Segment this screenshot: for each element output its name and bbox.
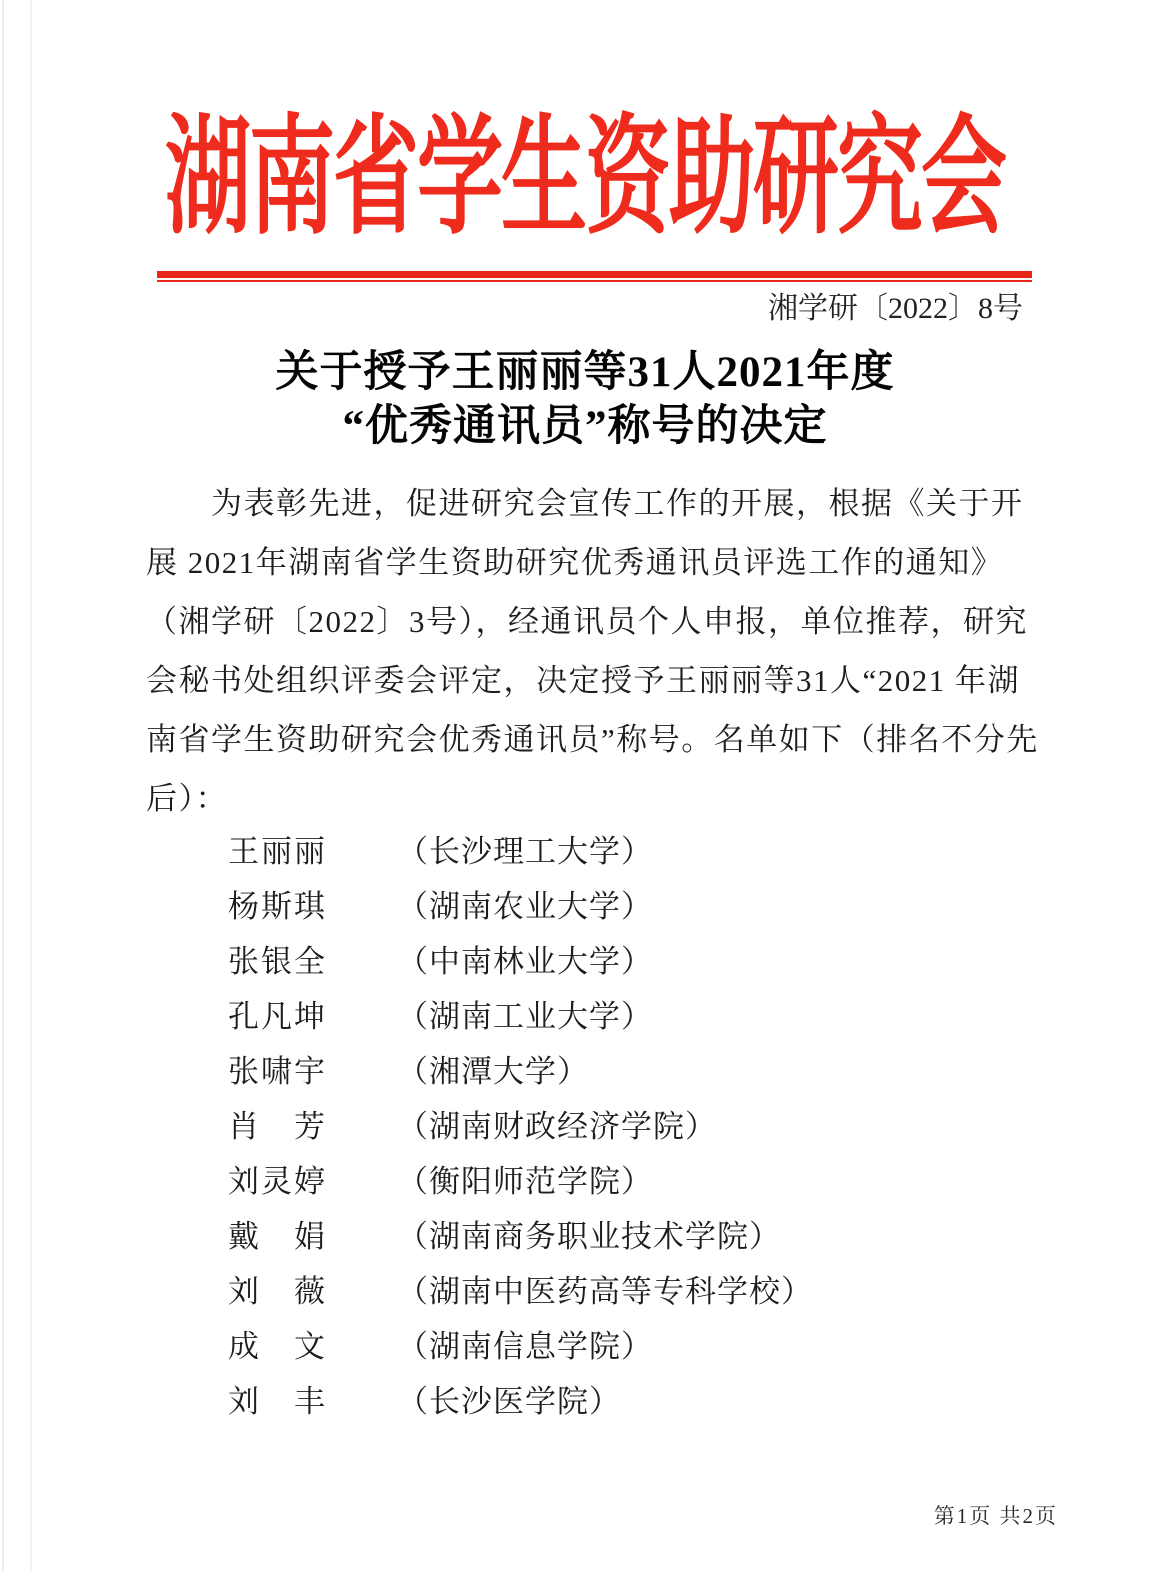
recipient-name: 孔凡坤	[228, 989, 397, 1044]
body-line: 展 2021年湖南省学生资助研究优秀通讯员评选工作的通知》	[146, 533, 1036, 592]
recipient-unit: （湖南中医药高等专科学校）	[397, 1264, 813, 1319]
recipient-row: 王丽丽 （长沙理工大学）	[228, 824, 1038, 879]
recipient-row: 刘灵婷 （衡阳师范学院）	[228, 1154, 1038, 1209]
letterhead-separator-rule	[157, 271, 1032, 282]
body-line: 会秘书处组织评委会评定，决定授予王丽丽等31人“2021 年湖	[146, 651, 1036, 710]
recipient-unit: （长沙医学院）	[397, 1374, 621, 1429]
recipient-row: 刘 丰 （长沙医学院）	[228, 1374, 1038, 1429]
recipient-row: 张啸宇 （湘潭大学）	[228, 1044, 1038, 1099]
recipient-unit: （湖南信息学院）	[397, 1319, 653, 1374]
recipient-unit: （湖南财政经济学院）	[397, 1099, 717, 1154]
doc-reference-number: 湘学研〔2022〕8号	[768, 291, 1023, 327]
decision-title-line1: 关于授予王丽丽等31人2021年度	[0, 346, 1170, 400]
recipient-list: 王丽丽 （长沙理工大学） 杨斯琪 （湖南农业大学） 张银全 （中南林业大学） 孔…	[228, 824, 1038, 1429]
recipient-name: 张银全	[228, 934, 397, 989]
recipient-unit: （湖南工业大学）	[397, 989, 653, 1044]
recipient-unit: （衡阳师范学院）	[397, 1154, 653, 1209]
recipient-name: 肖 芳	[228, 1099, 397, 1154]
page-number-indicator: 第1页 共2页	[934, 1502, 1058, 1530]
recipient-name: 刘 丰	[228, 1374, 397, 1429]
decision-title: 关于授予王丽丽等31人2021年度 “优秀通讯员”称号的决定	[0, 346, 1170, 454]
recipient-name: 王丽丽	[228, 824, 397, 879]
document-page: 湖南省学生资助研究会 湘学研〔2022〕8号 关于授予王丽丽等31人2021年度…	[0, 0, 1170, 1571]
body-paragraph: 为表彰先进，促进研究会宣传工作的开展，根据《关于开 展 2021年湖南省学生资助…	[146, 474, 1036, 828]
recipient-name: 成 文	[228, 1319, 397, 1374]
recipient-name: 杨斯琪	[228, 879, 397, 934]
recipient-row: 肖 芳 （湖南财政经济学院）	[228, 1099, 1038, 1154]
recipient-name: 刘灵婷	[228, 1154, 397, 1209]
recipient-row: 成 文 （湖南信息学院）	[228, 1319, 1038, 1374]
recipient-unit: （长沙理工大学）	[397, 824, 653, 879]
recipient-name: 戴 娟	[228, 1209, 397, 1264]
body-line: 南省学生资助研究会优秀通讯员”称号。名单如下（排名不分先	[146, 710, 1036, 769]
recipient-row: 刘 薇 （湖南中医药高等专科学校）	[228, 1264, 1038, 1319]
recipient-row: 张银全 （中南林业大学）	[228, 934, 1038, 989]
body-line: 后）：	[146, 769, 1036, 828]
letterhead-org-title: 湖南省学生资助研究会	[0, 79, 1170, 277]
body-line: （湘学研〔2022〕3号），经通讯员个人申报，单位推荐，研究	[146, 592, 1036, 651]
recipient-name: 张啸宇	[228, 1044, 397, 1099]
decision-title-line2: “优秀通讯员”称号的决定	[0, 400, 1170, 454]
recipient-unit: （湘潭大学）	[397, 1044, 589, 1099]
body-line: 为表彰先进，促进研究会宣传工作的开展，根据《关于开	[146, 474, 1036, 533]
recipient-row: 孔凡坤 （湖南工业大学）	[228, 989, 1038, 1044]
recipient-unit: （湖南农业大学）	[397, 879, 653, 934]
recipient-unit: （中南林业大学）	[397, 934, 653, 989]
separator-thin-line	[157, 280, 1032, 282]
recipient-name: 刘 薇	[228, 1264, 397, 1319]
recipient-row: 戴 娟 （湖南商务职业技术学院）	[228, 1209, 1038, 1264]
recipient-row: 杨斯琪 （湖南农业大学）	[228, 879, 1038, 934]
recipient-unit: （湖南商务职业技术学院）	[397, 1209, 781, 1264]
separator-thick-line	[157, 271, 1032, 278]
